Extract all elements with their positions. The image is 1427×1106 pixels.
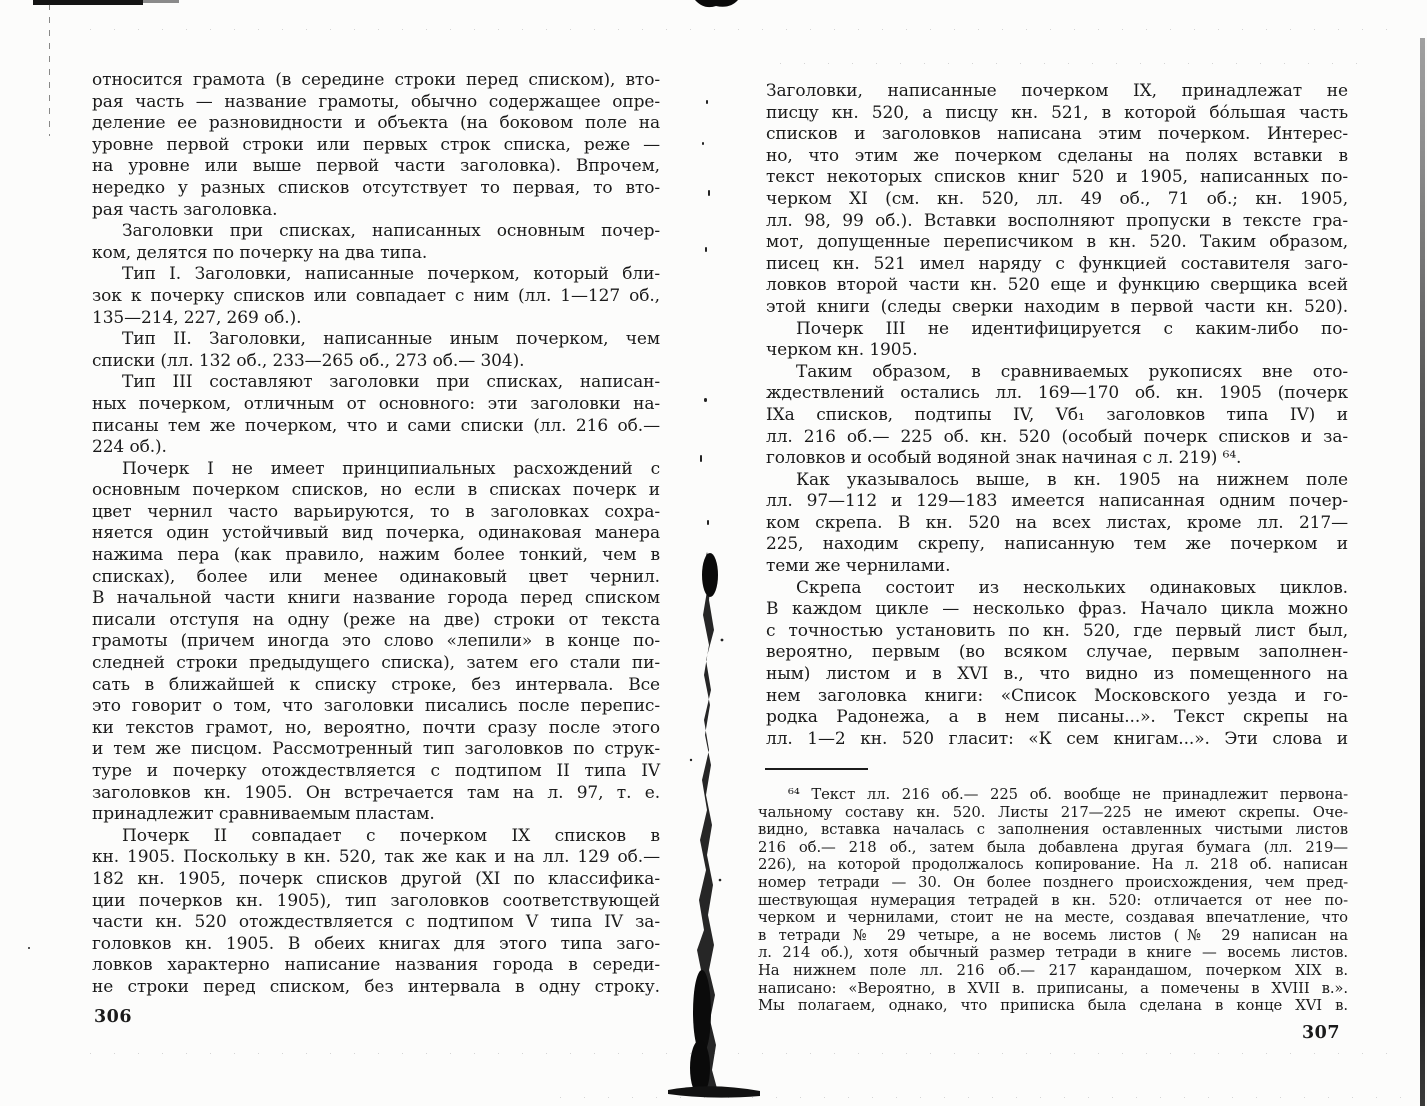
text-line: части кн. 520 отождествляется с подтипом… (92, 912, 660, 934)
page-number-left: 306 (94, 1007, 132, 1027)
text-line: 226), на которой продолжалось копировани… (758, 856, 1348, 874)
text-line: нажима пера (как правило, нажим более то… (92, 545, 660, 567)
text-line: нередко у разных списков отсутствует то … (92, 178, 660, 200)
text-line: Почерк I не имеет принципиальных расхожд… (92, 459, 660, 481)
text-line: уровне первой строки или первых строк сп… (92, 135, 660, 157)
text-line: ным) листом и в XVI в., что видно из пом… (766, 664, 1348, 686)
book-scan-spread: относится грамота (в середине строки пер… (0, 0, 1427, 1106)
text-line: заголовков кн. 1905. Он встречается там … (92, 783, 660, 805)
text-line: няется один устойчивый вид почерка, один… (92, 523, 660, 545)
text-line: туре и почерку отождествляется с подтипо… (92, 761, 660, 783)
text-line: грамоты (причем иногда это слово «лепили… (92, 631, 660, 653)
text-line: писали отступя на одну (реже на две) стр… (92, 610, 660, 632)
text-line: списках), более или менее одинаковый цве… (92, 567, 660, 589)
text-line: на уровне или выше первой части заголовк… (92, 156, 660, 178)
text-line: ⁶⁴ Текст лл. 216 об.— 225 об. вообще не … (758, 786, 1348, 804)
binding-base-smudge (668, 1086, 760, 1097)
text-line: Таким образом, в сравниваемых рукописях … (766, 362, 1348, 384)
text-line: 216 об.— 218 об., затем была добавлена д… (758, 839, 1348, 857)
page-left-text-column: относится грамота (в середине строки пер… (92, 70, 660, 999)
text-line: Скрепа состоит из нескольких одинаковых … (766, 578, 1348, 600)
text-line: лл. 1—2 кн. 520 гласит: «К сем книгам...… (766, 729, 1348, 751)
text-line: сать в ближайшей к списку строке, без ин… (92, 675, 660, 697)
text-line: этой книги (следы сверки находим в перво… (766, 297, 1348, 319)
footnote-text-column: ⁶⁴ Текст лл. 216 об.— 225 об. вообще не … (758, 786, 1348, 1015)
text-line: писаны тем же почерком, что и сами списк… (92, 416, 660, 438)
scan-edge-top-left-tail (143, 0, 179, 3)
text-line: писец кн. 521 имел наряду с функцией сос… (766, 254, 1348, 276)
text-line: ловков характерно написание названия гор… (92, 955, 660, 977)
text-line: относится грамота (в середине строки пер… (92, 70, 660, 92)
text-line: списки (лл. 132 об., 233—265 об., 273 об… (92, 351, 660, 373)
text-line: Как указывалось выше, в кн. 1905 на нижн… (766, 470, 1348, 492)
text-line: ловков второй части кн. 520 еще и функци… (766, 275, 1348, 297)
text-line: это говорит о том, что заголовки писалис… (92, 696, 660, 718)
text-line: На нижнем поле лл. 216 об.— 217 карандаш… (758, 962, 1348, 980)
text-line: писцу кн. 520, а писцу кн. 521, в которо… (766, 103, 1348, 125)
text-line: зок к почерку списков или совпадает с ни… (92, 286, 660, 308)
text-line: ции почерков кн. 1905), тип заголовков с… (92, 891, 660, 913)
text-line: IXа списков, подтипы IV, Vб₁ заголовков … (766, 405, 1348, 427)
text-line: В каждом цикле — несколько фраз. Начало … (766, 599, 1348, 621)
footnote-separator (765, 768, 868, 770)
text-line: Почерк III не идентифицируется с каким-л… (766, 319, 1348, 341)
scan-fold-line (49, 4, 50, 136)
text-line: родка Радонежа, а в нем писаны...». Текс… (766, 707, 1348, 729)
text-line: текст некоторых списков книг 520 и 1905,… (766, 167, 1348, 189)
text-line: 225, находим скрепу, написанную тем же п… (766, 534, 1348, 556)
text-line: Заголовки при списках, написанных основн… (92, 221, 660, 243)
text-line: теми же чернилами. (766, 556, 1348, 578)
text-line: 182 кн. 1905, почерк списков другой (XI … (92, 869, 660, 891)
page-edge-right (1420, 38, 1425, 1106)
text-line: головков и особый водяной знак начиная с… (766, 448, 1348, 470)
text-line: кн. 1905. Поскольку в кн. 520, так же ка… (92, 847, 660, 869)
text-line: рая часть заголовка. (92, 200, 660, 222)
text-line: с точностью установить по кн. 520, где п… (766, 621, 1348, 643)
text-line: черком XI (см. кн. 520, лл. 49 об., 71 о… (766, 189, 1348, 211)
page-right-text-column: Заголовки, написанные почерком IX, прина… (766, 81, 1348, 750)
text-line: 135—214, 227, 269 об.). (92, 308, 660, 330)
text-line: л. 214 об.), хотя обычный размер тетради… (758, 944, 1348, 962)
text-line: видно, вставка началась с заполнения ост… (758, 821, 1348, 839)
text-line: В начальной части книги название города … (92, 588, 660, 610)
text-line: шествующая нумерация тетрадей в кн. 520:… (758, 892, 1348, 910)
text-line: головков кн. 1905. В обеих книгах для эт… (92, 934, 660, 956)
text-line: номер тетради — 30. Он более позднего пр… (758, 874, 1348, 892)
text-line: цвет чернил часто варьируются, то в заго… (92, 502, 660, 524)
text-line: Тип III составляют заголовки при списках… (92, 372, 660, 394)
text-line: ком, делятся по почерку на два типа. (92, 243, 660, 265)
text-line: ных почерком, отличным от основного: эти… (92, 394, 660, 416)
text-line: Почерк II совпадает с почерком IX списко… (92, 826, 660, 848)
text-line: рая часть — название грамоты, обычно сод… (92, 92, 660, 114)
text-line: основным почерком списков, но если в спи… (92, 480, 660, 502)
scan-blob-top (695, 0, 738, 7)
page-number-right: 307 (1302, 1023, 1340, 1043)
text-line: деление ее разновидности и объекта (на б… (92, 113, 660, 135)
text-line: черком кн. 1905. (766, 340, 1348, 362)
margin-speck (28, 947, 30, 949)
text-line: ком скрепа. В кн. 520 на всех листах, кр… (766, 513, 1348, 535)
halftone-noise-row (780, 63, 1380, 64)
text-line: лл. 97—112 и 129—183 имеется написанная … (766, 491, 1348, 513)
text-line: ки текстов грамот, но, вероятно, почти с… (92, 718, 660, 740)
text-line: но, что этим же почерком сделаны на поля… (766, 146, 1348, 168)
text-line: чальному составу кн. 520. Листы 217—225 … (758, 804, 1348, 822)
text-line: Мы полагаем, однако, что приписка была с… (758, 997, 1348, 1015)
text-line: 224 об.). (92, 437, 660, 459)
text-line: не строки перед списком, без интервала в… (92, 977, 660, 999)
text-line: Заголовки, написанные почерком IX, прина… (766, 81, 1348, 103)
text-line: следней строки предыдущего списка), зате… (92, 653, 660, 675)
text-line: ждествлений остались лл. 169—170 об. кн.… (766, 383, 1348, 405)
text-line: в тетради № 29 четыре, а не восемь листо… (758, 927, 1348, 945)
text-line: черком и чернилами, стоит не на месте, с… (758, 909, 1348, 927)
text-line: мот, допущенные переписчиком в кн. 520. … (766, 232, 1348, 254)
text-line: и тем же писцом. Рассмотренный тип загол… (92, 739, 660, 761)
text-line: лл. 98, 99 об.). Вставки восполняют проп… (766, 211, 1348, 233)
text-line: Тип II. Заголовки, написанные иным почер… (92, 329, 660, 351)
text-line: лл. 216 об.— 225 об. кн. 520 (особый поч… (766, 427, 1348, 449)
text-line: списков и заголовков написана этим почер… (766, 124, 1348, 146)
text-line: принадлежит сравниваемым пластам. (92, 804, 660, 826)
text-line: написано: «Вероятно, в XVII в. приписаны… (758, 980, 1348, 998)
text-line: вероятно, первым (во всяком случае, перв… (766, 642, 1348, 664)
text-line: Тип I. Заголовки, написанные почерком, к… (92, 264, 660, 286)
text-line: нем заголовка книги: «Список Московского… (766, 686, 1348, 708)
